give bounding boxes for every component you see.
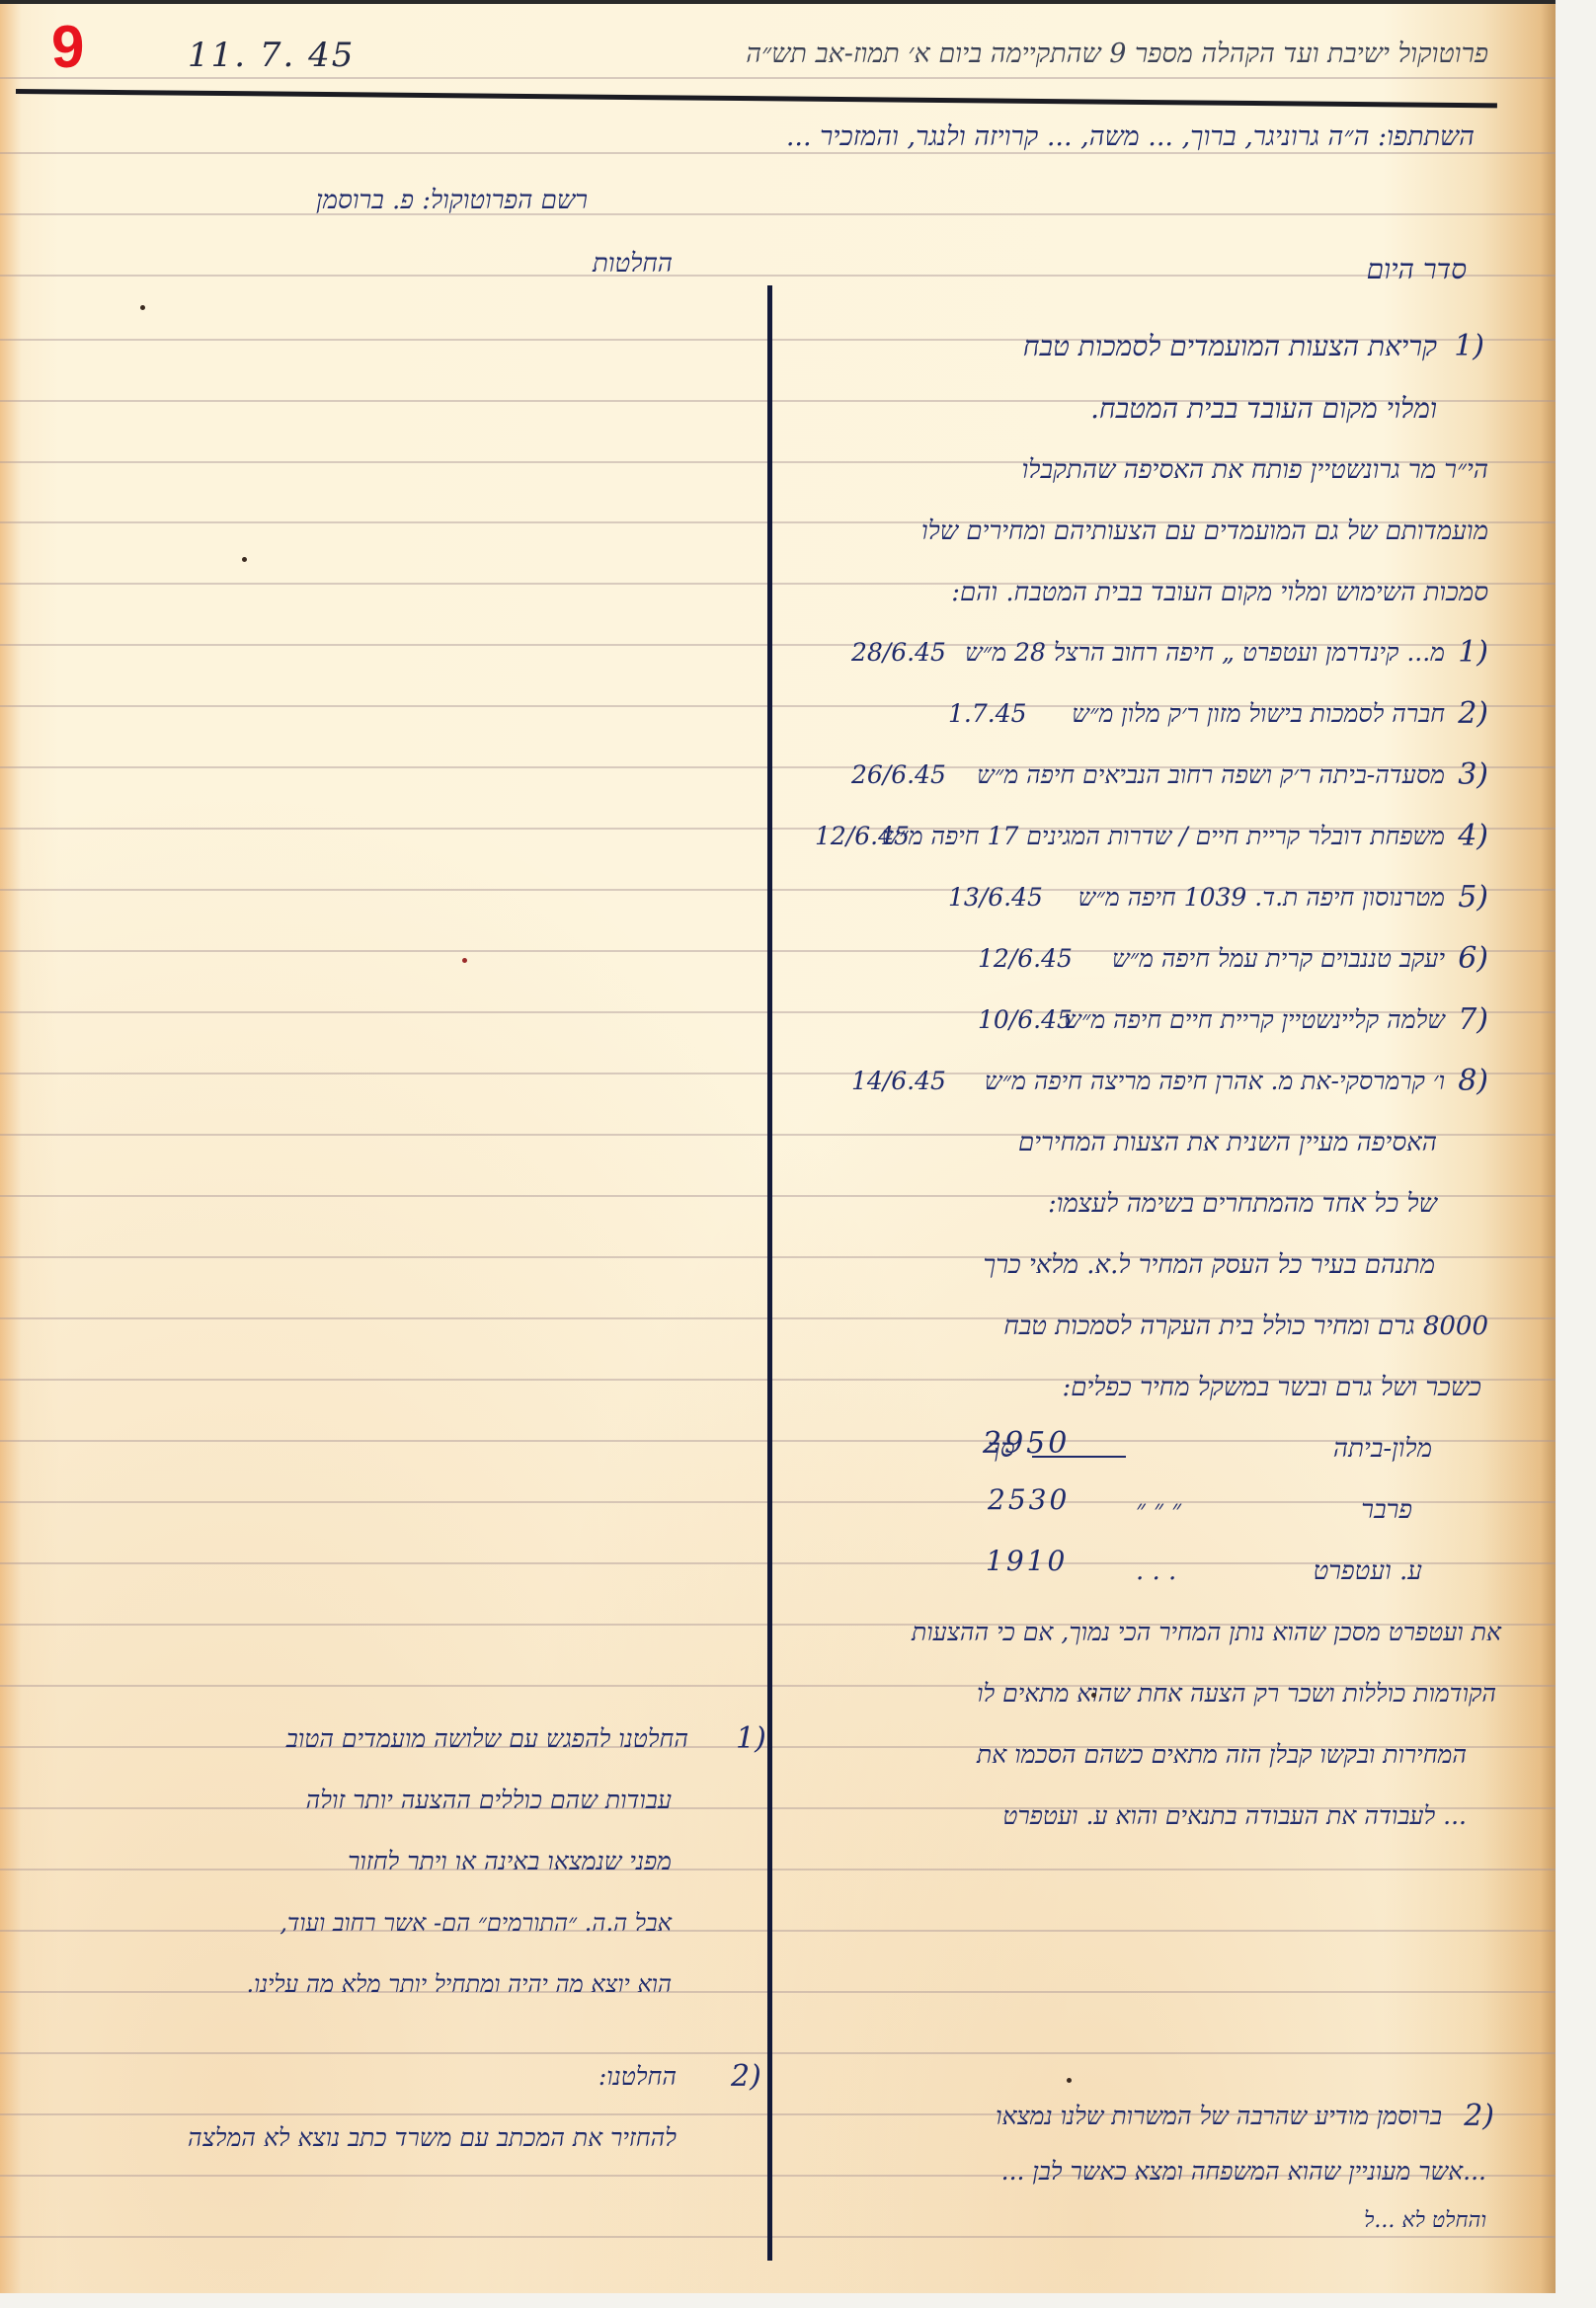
- candidate-number: 3): [1458, 758, 1488, 792]
- agenda-conclusion-line: הקודמות כוללות ושכר רק הצעה אחת שהוא מתא…: [977, 1677, 1496, 1711]
- ruled-line: [0, 1440, 1556, 1442]
- paper-speck: [462, 958, 467, 963]
- ruled-line: [0, 77, 1556, 79]
- agenda-line: והחלט לא ...ל: [1364, 2204, 1486, 2238]
- ruled-line: [0, 213, 1556, 215]
- agenda-conclusion-line: את ועטפרט מסכן שהוא נותן המחיר הכי נמוך,…: [912, 1616, 1501, 1649]
- agenda-line: קריאת הצעות המועמדים לסמכות טבח: [1023, 330, 1437, 363]
- candidate-date: 1.7.45: [948, 697, 1027, 731]
- price-row-name: ע. ועטפרט: [1314, 1554, 1422, 1588]
- participants-line: השתתפו: ה״ה גרוניגר, ברוך, ... משה, ... …: [786, 120, 1475, 154]
- candidate-name: מ... קינדרמן ועטפרט „ חיפה רחוב הרצל 28 …: [965, 636, 1445, 670]
- ruled-line: [0, 1991, 1556, 1993]
- agenda-note: כשכר ושל גרם ובשר במשקל מחיר כפלים:: [1063, 1371, 1481, 1404]
- ruled-line: [0, 2052, 1556, 2054]
- candidate-number: 7): [1458, 1003, 1488, 1037]
- price-row-price: 2950: [983, 1426, 1070, 1461]
- decision-line: עבודות שהם כוללים ההצעה יותר זולה: [306, 1784, 672, 1817]
- candidate-name: שלמה קליינשטיין קריית חיים חיפה מ״ש: [1064, 1003, 1445, 1037]
- scanned-document-page: 9 11. 7. 45 פרוטוקול ישיבת ועד הקהלה מספ…: [0, 0, 1556, 2293]
- decision-line: מפני שנמצאו באינה או ויתר לחזור: [348, 1845, 672, 1878]
- candidate-date: 10/6.45: [978, 1003, 1073, 1037]
- price-row-price: 2530: [988, 1483, 1070, 1516]
- price-row-name: פרבר: [1361, 1493, 1412, 1527]
- secretary-line: רשם הפרוטוקול: פ. ברוסמן: [316, 184, 588, 217]
- candidate-date: 13/6.45: [948, 881, 1043, 915]
- candidate-date: 12/6.45: [815, 820, 910, 853]
- agenda-conclusion-line: המחירות ובקשו קבלן הזה מתאים כשהם הסכמו …: [977, 1738, 1467, 1772]
- candidate-name: מטרנוסון חיפה ת.ד. 1039 חיפה מ״ש: [1078, 881, 1445, 915]
- candidate-name: משפחת דובלר קריית חיים / שדרות המגינים 1…: [882, 820, 1445, 853]
- candidate-date: 28/6.45: [851, 636, 946, 670]
- agenda-note: האסיפה מעיין השנית את הצעות המחירים: [1018, 1126, 1437, 1159]
- ruled-line: [0, 1501, 1556, 1503]
- candidate-name: יעקב טננבוים קרית עמל חיפה מ״ש: [1112, 942, 1445, 976]
- candidate-date: 14/6.45: [851, 1065, 946, 1098]
- agenda-line: ומלוי מקום העובד בבית המטבח.: [1090, 392, 1437, 426]
- ruled-line: [0, 2236, 1556, 2238]
- candidate-number: 6): [1458, 942, 1488, 976]
- candidate-name: מסעדה-ביתה ר׳ק ושפה רחוב הנביאים חיפה מ״…: [977, 758, 1445, 792]
- paper-speck: [242, 557, 247, 562]
- candidate-number: 8): [1458, 1065, 1488, 1098]
- agenda-item-number: 2): [1464, 2100, 1494, 2133]
- agenda-line: ברוסמן מודיע שהרבה של המשרות שלנו נמצאו: [996, 2100, 1442, 2133]
- candidate-date: 12/6.45: [978, 942, 1073, 976]
- paper-speck: [140, 305, 145, 310]
- price-row-unit: ״ ״ ״: [1136, 1493, 1181, 1527]
- paper-speck: [1067, 2078, 1072, 2083]
- candidate-name: ו׳ קרמרסקי-את מ. אהרן חיפה מריצה חיפה מ״…: [985, 1065, 1445, 1098]
- agenda-note: של כל אחד מהמתחרים בשימה לעצמו:: [1048, 1187, 1437, 1221]
- ruled-line: [0, 1930, 1556, 1932]
- candidate-number: 2): [1458, 697, 1488, 731]
- candidate-number: 5): [1458, 881, 1488, 915]
- decision-line: אבל ה.ה. ״התורמים״ הם- אשר רחוב ועוד,: [279, 1906, 672, 1940]
- decision-item-number: 2): [731, 2060, 761, 2094]
- price-row-unit: . . .: [1136, 1554, 1176, 1588]
- header-underline: [16, 89, 1497, 108]
- agenda-line: מועמדותם של גם המועמדים עם הצעותיהם ומחי…: [921, 515, 1488, 548]
- agenda-note: מתנהם בעיר כל העסק המחיר ל.א. מלאי כרך: [983, 1248, 1435, 1282]
- agenda-line: ...אשר מעוניין שהוא המשפחה ומצא כאשר לבן…: [1001, 2155, 1486, 2189]
- meeting-date: 11. 7. 45: [188, 36, 355, 75]
- agenda-conclusion-line: ... לעבודה את העבודה בתנאים והוא ע. ועטפ…: [1002, 1799, 1467, 1833]
- agenda-item-number: 1): [1454, 330, 1484, 363]
- decision-label: החלטנו:: [598, 2060, 677, 2094]
- agenda-line: הי״ר מר גרונשטיין פותח את האסיפה שהתקבלו: [1022, 453, 1488, 487]
- ruled-line: [0, 275, 1556, 277]
- candidate-number: 4): [1458, 820, 1488, 853]
- decision-line: להחזיר את המכתב עם משרד כתב נוצא לא המלצ…: [188, 2121, 677, 2155]
- agenda-line: סמכות השימוש ומלוי מקום העובד בבית המטבח…: [951, 576, 1488, 609]
- protocol-title: פרוטוקול ישיבת ועד הקהלה מספר 9 שהתקיימה…: [746, 38, 1488, 71]
- decision-line: החלטנו להפגש עם שלושה מועמדים הטוב: [286, 1722, 688, 1756]
- column-divider: [767, 285, 772, 2261]
- agenda-heading: סדר היום: [1367, 253, 1467, 286]
- price-row-name: מלון-ביתה: [1333, 1432, 1432, 1466]
- decisions-heading: החלטות: [593, 247, 673, 280]
- decision-item-number: 1): [736, 1722, 766, 1756]
- agenda-note: 8000 גרם ומחיר כולל בית העקרה לסמכות טבח: [1003, 1310, 1488, 1343]
- candidate-name: חברה לסמכות בישול מזון ר׳ק מלון מ״ש: [1072, 697, 1445, 731]
- candidate-number: 1): [1458, 636, 1488, 670]
- price-row-price: 1910: [986, 1545, 1068, 1577]
- candidate-date: 26/6.45: [851, 758, 946, 792]
- page-number: 9: [51, 18, 84, 77]
- decision-line: הוא יוצא מה יהיה ומתחיל יותר מלא מה עלינ…: [247, 1967, 672, 2001]
- paper-speck: [1091, 1693, 1096, 1698]
- ruled-line: [0, 1869, 1556, 1870]
